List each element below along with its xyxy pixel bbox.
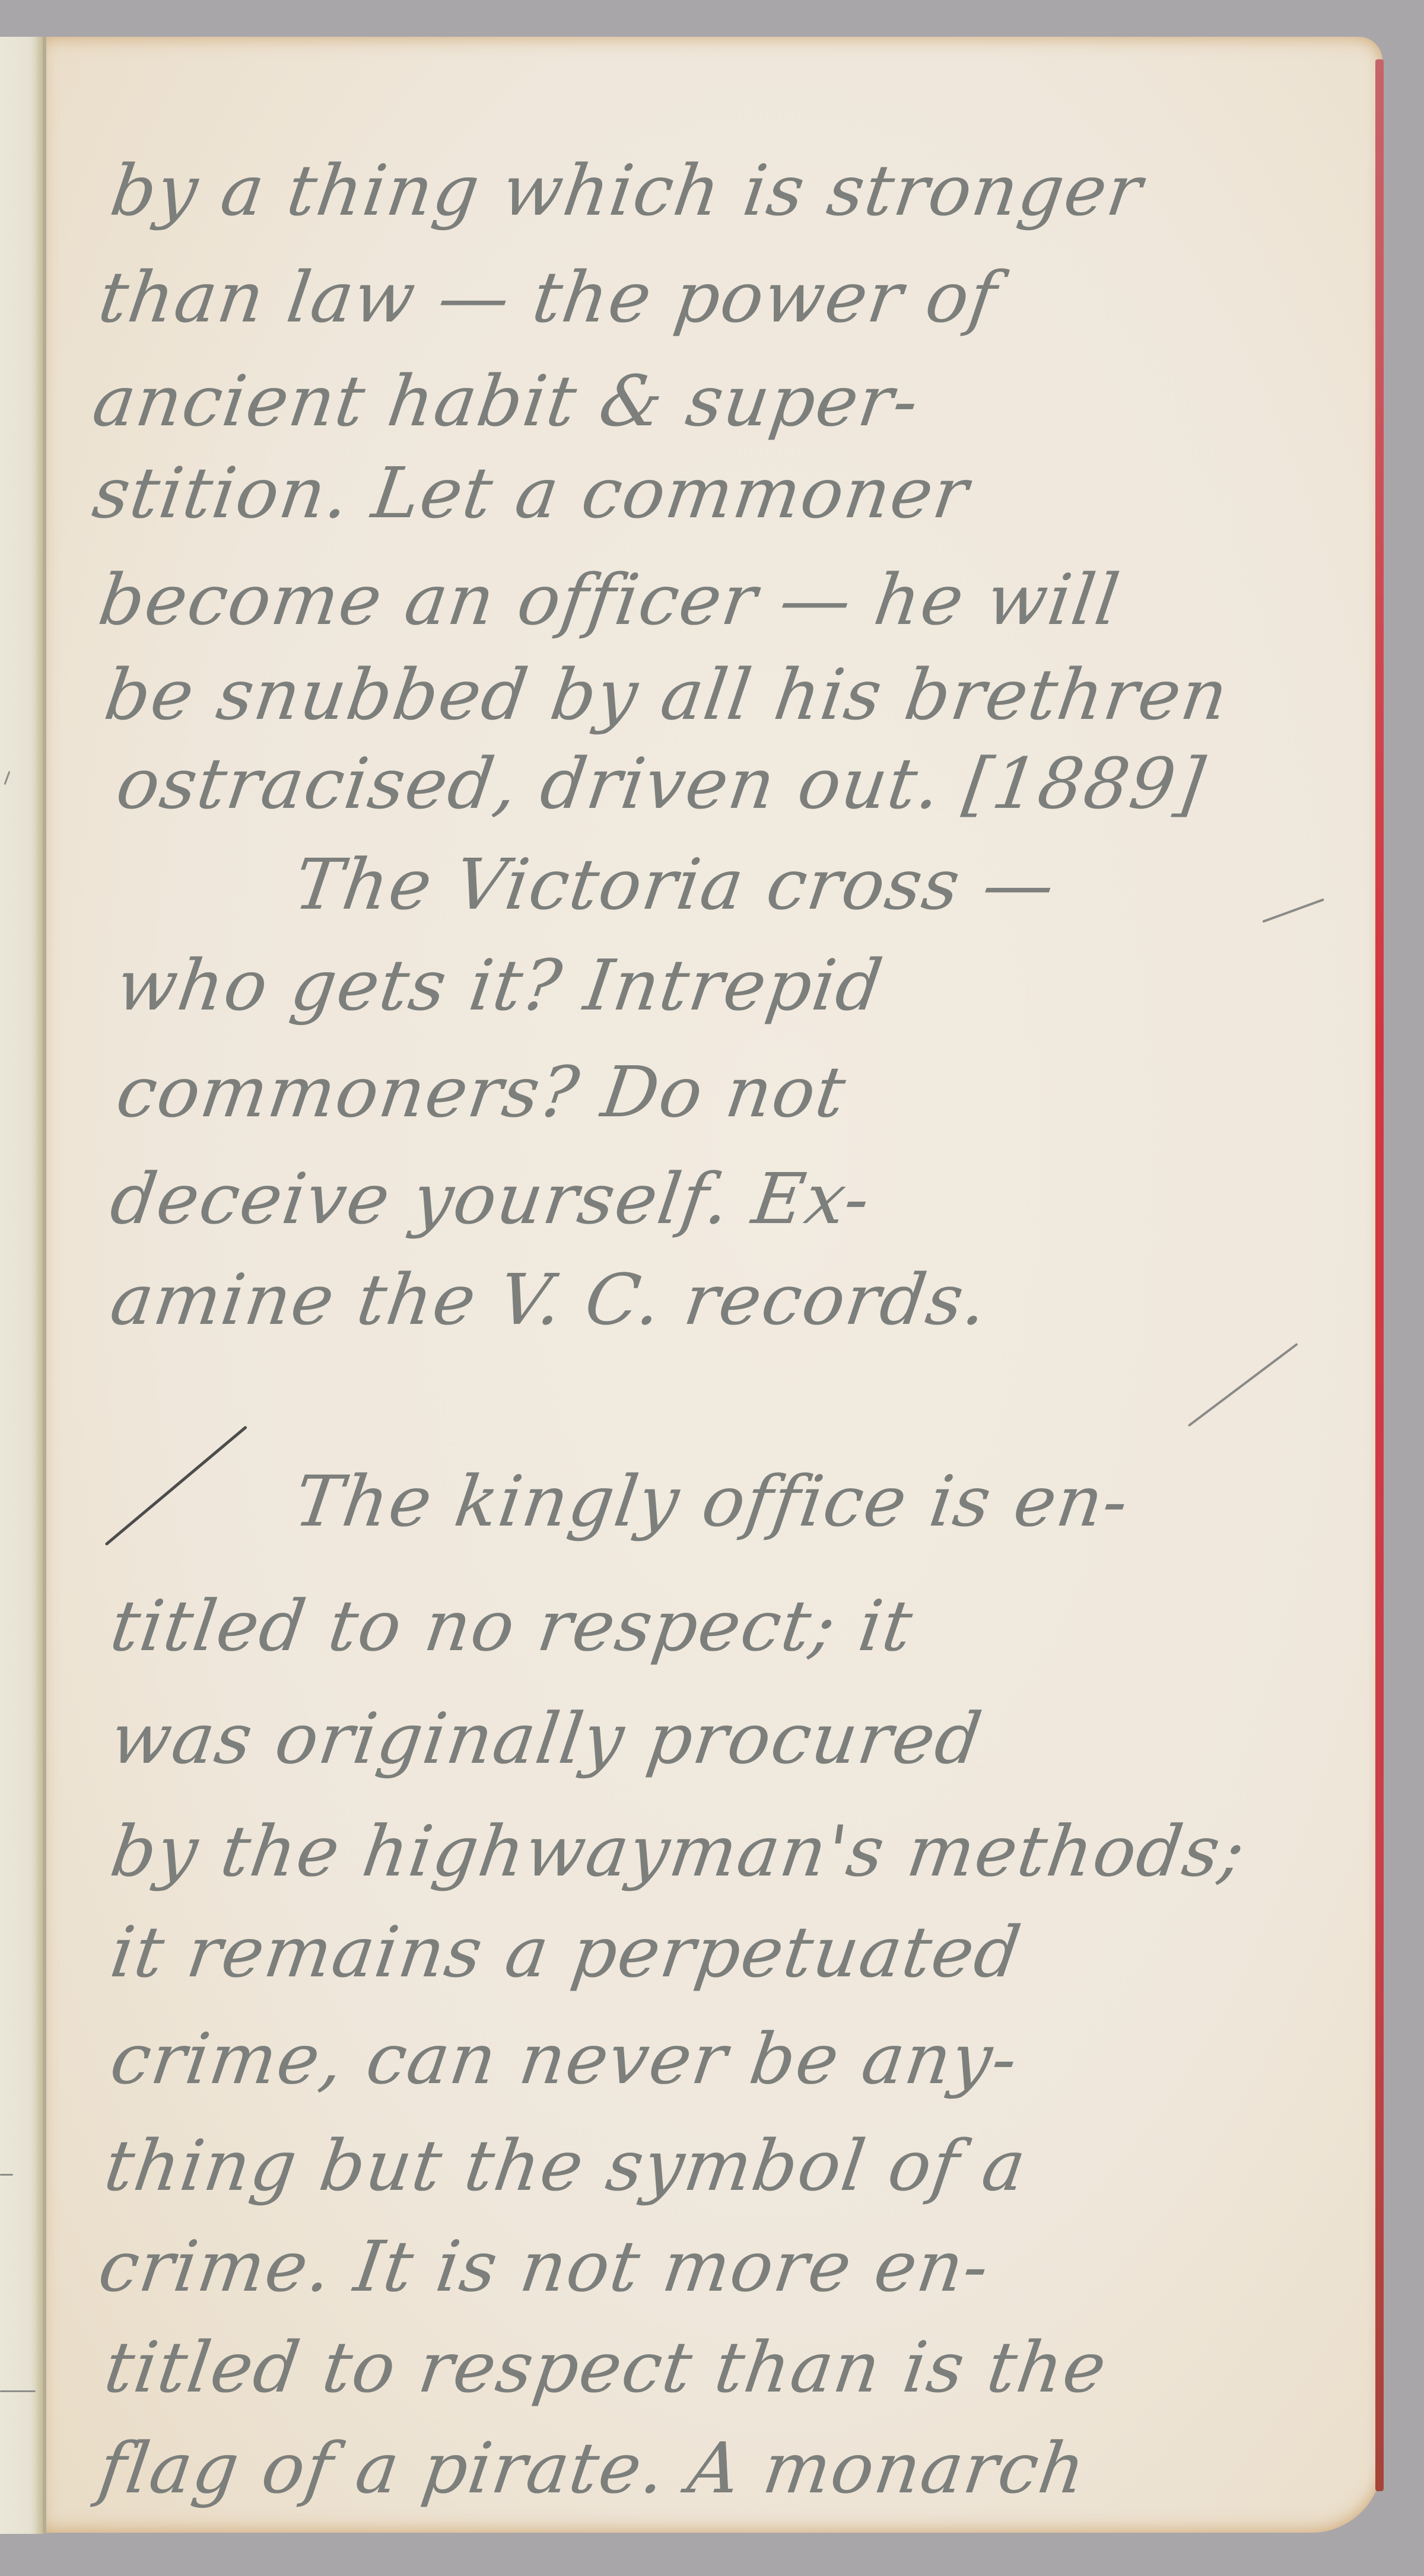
notebook-page: by a thing which is stronger than law — …	[46, 37, 1382, 2533]
text-line: become an officer — he will	[94, 559, 1125, 641]
text-line: flag of a pirate. A monarch	[94, 2427, 1091, 2509]
text-line: crime. It is not more en-	[94, 2225, 994, 2307]
text-line: stition. Let a commoner	[88, 452, 974, 534]
text-line: amine the V. C. records.	[106, 1259, 993, 1340]
text-line: who gets it? Intrepid	[112, 944, 888, 1026]
text-line: it remains a perpetuated	[106, 1911, 1026, 1993]
text-line: The kingly office is en-	[290, 1460, 1134, 1542]
left-margin-mark	[0, 2174, 13, 2176]
text-line: by a thing which is stronger	[106, 149, 1148, 231]
text-line: titled to respect than is the	[100, 2326, 1112, 2408]
handwritten-text: by a thing which is stronger than law — …	[46, 37, 1382, 2533]
text-line: crime, can never be any-	[106, 2018, 1023, 2100]
red-page-edge	[1375, 59, 1384, 2491]
left-margin-mark	[0, 2390, 36, 2392]
left-page-pencil-marks	[0, 0, 43, 2576]
text-line: deceive yourself. Ex-	[106, 1158, 876, 1240]
text-line: by the highwayman's methods;	[106, 1810, 1251, 1892]
text-line: commoners? Do not	[112, 1051, 851, 1133]
text-line: than law — the power of	[94, 256, 1003, 338]
text-line: ancient habit & super-	[88, 360, 924, 442]
text-line: was originally procured	[106, 1698, 987, 1779]
left-margin-mark	[4, 771, 10, 785]
text-line: The Victoria cross —	[290, 843, 1060, 925]
text-line: ostracised, driven out. [1889]	[112, 743, 1210, 824]
text-line: thing but the symbol of a	[100, 2125, 1031, 2206]
text-line: be snubbed by all his brethren	[100, 654, 1234, 735]
text-line: titled to no respect; it	[106, 1585, 918, 1667]
